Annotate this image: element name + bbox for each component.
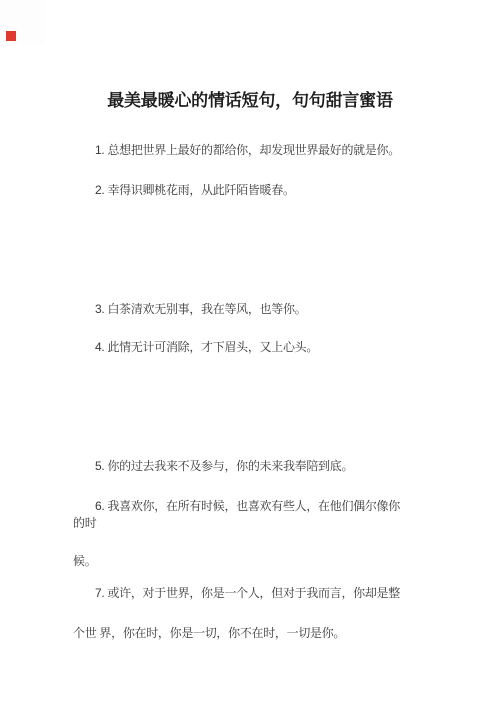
quote-line-6-wrap-2: 候。: [73, 554, 96, 569]
article-title: 最美最暖心的情话短句，句句甜言蜜语: [0, 86, 500, 111]
quote-line-5: 5. 你的过去我来不及参与，你的未来我奉陪到底。: [95, 459, 353, 474]
red-marker-icon: [6, 31, 16, 41]
quote-line-4: 4. 此情无计可消除，才下眉头，又上心头。: [95, 340, 318, 355]
quote-line-3: 3. 白茶清欢无别事，我在等风，也等你。: [95, 302, 306, 317]
quote-line-6: 6. 我喜欢你，在所有时候，也喜欢有些人，在他们偶尔像你: [95, 499, 400, 514]
quote-line-7: 7. 或许，对于世界，你是一个人，但对于我而言，你却是整: [95, 586, 400, 601]
quote-line-1: 1. 总想把世界上最好的都给你，却发现世界最好的就是你。: [95, 143, 400, 158]
quote-line-2: 2. 幸得识卿桃花雨，从此阡陌皆暖春。: [95, 183, 295, 198]
document-page: 最美最暖心的情话短句，句句甜言蜜语 1. 总想把世界上最好的都给你，却发现世界最…: [0, 0, 500, 708]
quote-line-7-wrap: 个世 界，你在时，你是一切，你不在时，一切是你。: [73, 626, 345, 641]
quote-line-6-wrap: 的时: [73, 516, 96, 531]
